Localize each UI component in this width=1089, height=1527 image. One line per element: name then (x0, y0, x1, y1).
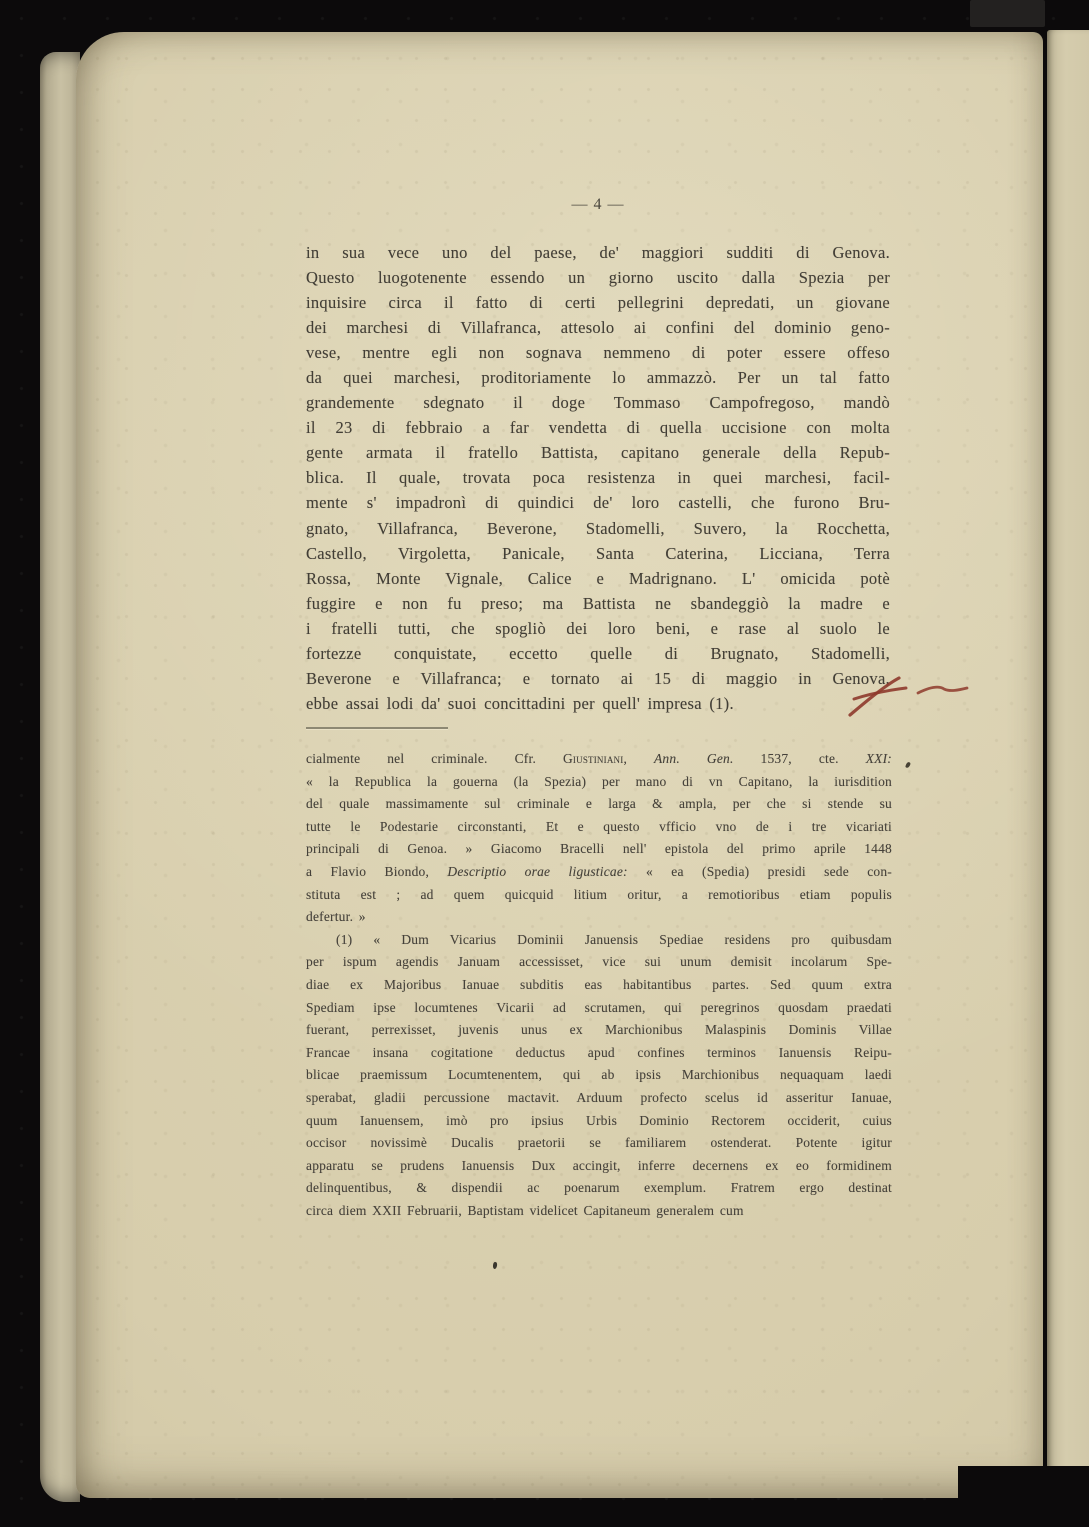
text-line: il 23 di febbraio a far vendetta di quel… (306, 415, 890, 440)
text-line: diae ex Majoribus Ianuae subditis eas ha… (306, 974, 892, 997)
scanned-book-spread: — 4 — in sua vece uno del paese, de' mag… (0, 0, 1089, 1527)
text-line: delinquentibus, & dispendii ac poenarum … (306, 1177, 892, 1200)
text-line: gnato, Villafranca, Beverone, Stadomelli… (306, 516, 890, 541)
text-line: sperabat, gladii percussione mactavit. A… (306, 1087, 892, 1110)
text-line: vese, mentre egli non sognava nemmeno di… (306, 340, 890, 365)
text-line: per ispum agendis Januam accessisset, vi… (306, 951, 892, 974)
text-line: stituta est ; ad quem quicquid litium or… (306, 884, 892, 907)
text-line: principali di Genoa. » Giacomo Bracelli … (306, 838, 892, 861)
footnotes: cialmente nel criminale. Cfr. Giustinian… (306, 748, 892, 1222)
text-line: Rossa, Monte Vignale, Calice e Madrignan… (306, 566, 890, 591)
page-number: — 4 — (306, 196, 890, 214)
text-line: Spediam ipse locumtenes Vicarii ad scrut… (306, 997, 892, 1020)
text-line: tutte le Podestarie circonstanti, Et e q… (306, 816, 892, 839)
scan-artifact-block (970, 0, 1045, 27)
text-line: fuerant, perrexisset, juvenis unus ex Ma… (306, 1019, 892, 1042)
text-line: occisor novissimè Ducalis praetorii se f… (306, 1132, 892, 1155)
book-page: — 4 — in sua vece uno del paese, de' mag… (76, 32, 1043, 1498)
text-line: a Flavio Biondo, Descriptio orae ligusti… (306, 861, 892, 884)
footnote-separator-rule (306, 727, 448, 729)
text-line: cialmente nel criminale. Cfr. Giustinian… (306, 748, 892, 771)
scan-corner-notch (958, 1466, 1089, 1527)
text-line: inquisire circa il fatto di certi pelleg… (306, 290, 890, 315)
adjacent-page-edge (1047, 30, 1089, 1470)
ink-spot (493, 1262, 498, 1269)
text-line: quum Ianuensem, imò pro ipsius Urbis Dom… (306, 1110, 892, 1133)
body-paragraph: in sua vece uno del paese, de' maggiori … (306, 240, 890, 716)
text-line: apparatu se prudens Ianuensis Dux accing… (306, 1155, 892, 1178)
text-line: (1) « Dum Vicarius Dominii Januensis Spe… (306, 929, 892, 952)
text-line: Francae insana cogitatione deductus apud… (306, 1042, 892, 1065)
text-line: blicae praemissum Locumtenentem, qui ab … (306, 1064, 892, 1087)
text-line: fuggire e non fu preso; ma Battista ne s… (306, 591, 890, 616)
text-line: blica. Il quale, trovata poca resistenza… (306, 465, 890, 490)
text-line: mente s' impadronì di quindici de' loro … (306, 490, 890, 515)
text-line: Beverone e Villafranca; e tornato ai 15 … (306, 666, 890, 691)
text-line: in sua vece uno del paese, de' maggiori … (306, 240, 890, 265)
text-line: del quale massimamente sul criminale e l… (306, 793, 892, 816)
text-line: grandemente sdegnato il doge Tommaso Cam… (306, 390, 890, 415)
ink-speck (905, 761, 911, 768)
text-line: ebbe assai lodi da' suoi concittadini pe… (306, 691, 890, 716)
text-line: Questo luogotenente essendo un giorno us… (306, 265, 890, 290)
text-line: circa diem XXII Februarii, Baptistam vid… (306, 1200, 892, 1223)
page-edges-stack (40, 52, 80, 1502)
text-line: Castello, Virgoletta, Panicale, Santa Ca… (306, 541, 890, 566)
text-line: « la Republica la gouerna (la Spezia) pe… (306, 771, 892, 794)
text-line: gente armata il fratello Battista, capit… (306, 440, 890, 465)
text-line: da quei marchesi, proditoriamente lo amm… (306, 365, 890, 390)
text-line: defertur. » (306, 906, 892, 929)
text-line: fortezze conquistate, eccetto quelle di … (306, 641, 890, 666)
text-line: i fratelli tutti, che spogliò dei loro b… (306, 616, 890, 641)
text-line: dei marchesi di Villafranca, attesolo ai… (306, 315, 890, 340)
red-pen-dash-stroke (918, 687, 967, 693)
